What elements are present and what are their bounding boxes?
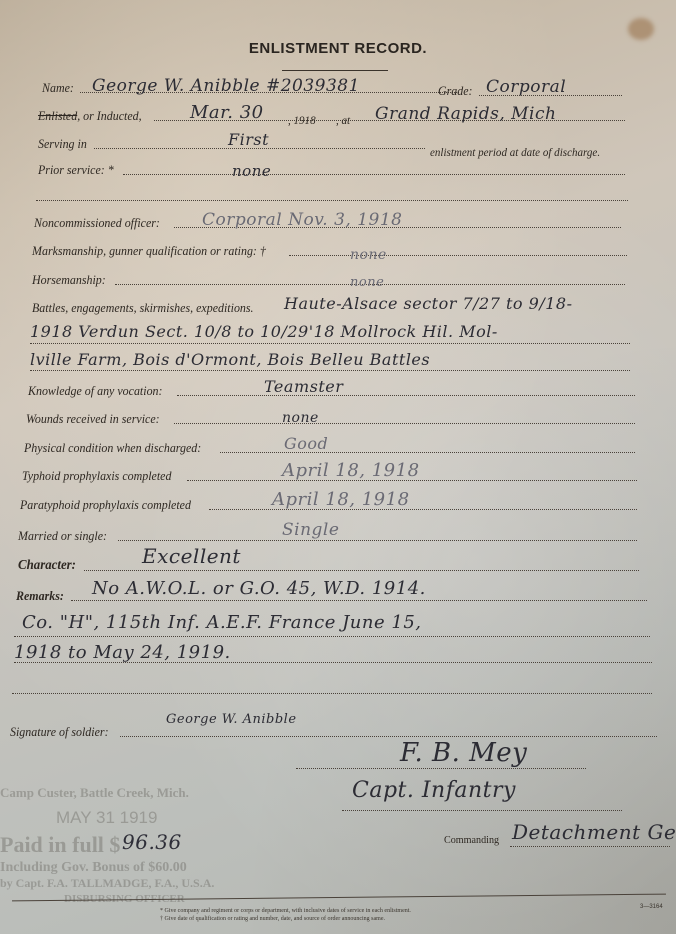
footnote-2: † Give date of qualification or rating a… (160, 916, 385, 922)
prior-service-line-2 (36, 200, 628, 201)
married-label: Married or single: (18, 528, 107, 544)
remarks-label: Remarks: (16, 588, 64, 604)
marksmanship-label: Marksmanship, gunner qualification or ra… (32, 243, 266, 259)
typhoid-label: Typhoid prophylaxis completed (22, 468, 171, 484)
nco-value: Corporal Nov. 3, 1918 (202, 210, 402, 230)
remarks-line-1: No A.W.O.L. or G.O. 45, W.D. 1914. (92, 578, 426, 599)
married-line (118, 540, 637, 541)
battles-rule-3 (30, 370, 630, 371)
document-title: ENLISTMENT RECORD. (0, 40, 676, 57)
stamp-date: MAY 31 1919 (56, 808, 157, 828)
wounds-line (174, 423, 635, 424)
soldier-signature: George W. Anibble (166, 712, 297, 727)
form-number: 3—3164 (640, 904, 663, 910)
prior-service-label: Prior service: * (38, 162, 114, 178)
character-row: Character: (18, 558, 642, 574)
married-value: Single (282, 520, 339, 540)
name-value: George W. Anibble #2039381 (92, 76, 360, 96)
battles-line-3: lville Farm, Bois d'Ormont, Bois Belleu … (30, 350, 430, 369)
horsemanship-label: Horsemanship: (32, 272, 106, 288)
officer-rank-line (342, 810, 622, 811)
commanding-value: Detachment Gen (512, 820, 676, 844)
stamp-paid: Paid in full $ (0, 832, 120, 858)
battles-label: Battles, engagements, skirmishes, expedi… (32, 300, 254, 316)
remarks-line-3: 1918 to May 24, 1919. (14, 642, 231, 663)
stamp-line-5: by Capt. F.A. TALLMADGE, F.A., U.S.A. (0, 876, 214, 891)
prior-service-value: none (232, 162, 271, 180)
physical-row: Physical condition when discharged: (24, 440, 638, 456)
enlistment-record-document: ENLISTMENT RECORD. Name: George W. Anibb… (0, 0, 676, 934)
induction-year: , 1918 (288, 113, 316, 128)
title-underline (282, 70, 388, 71)
commanding-label: Commanding (444, 834, 499, 846)
vocation-value: Teamster (264, 377, 343, 396)
marksmanship-row: Marksmanship, gunner qualification or ra… (32, 243, 630, 259)
battles-rule-2 (30, 343, 630, 344)
inducted-label: , or Inducted, (77, 108, 141, 123)
paratyphoid-value: April 18, 1918 (272, 489, 410, 510)
name-label: Name: (42, 80, 74, 96)
officer-rank: Capt. Infantry (352, 778, 516, 803)
typhoid-value: April 18, 1918 (282, 460, 420, 481)
remarks-line-2: Co. "H", 115th Inf. A.E.F. France June 1… (22, 612, 422, 633)
signature-line (120, 736, 657, 737)
character-line (84, 570, 639, 571)
serving-label: Serving in (38, 136, 87, 152)
officer-signature-line (296, 768, 586, 769)
marksmanship-value: none (350, 247, 387, 263)
remarks-line (71, 600, 647, 601)
prior-service-line (123, 174, 625, 175)
horsemanship-row: Horsemanship: (32, 272, 628, 288)
stamp-line-1: Camp Custer, Battle Creek, Mich. (0, 785, 189, 801)
horsemanship-value: none (350, 275, 384, 290)
remarks-rule-4 (12, 693, 652, 694)
physical-label: Physical condition when discharged: (24, 440, 201, 456)
character-label: Character: (18, 558, 76, 574)
footnote-1: * Give company and regiment or corps or … (160, 908, 411, 914)
battles-row: Battles, engagements, skirmishes, expedi… (32, 300, 282, 316)
wounds-row: Wounds received in service: (26, 411, 638, 427)
physical-value: Good (284, 434, 328, 453)
wounds-value: none (282, 410, 319, 426)
grade-label: Grade: (438, 83, 473, 99)
induction-date-value: Mar. 30 (190, 102, 264, 123)
prior-service-row: Prior service: * (38, 162, 628, 178)
remarks-rule-2 (14, 636, 650, 637)
vocation-line (177, 395, 635, 396)
at-label: , at (336, 113, 350, 128)
induction-place-value: Grand Rapids, Mich (375, 104, 556, 124)
paid-amount: 96.36 (122, 830, 182, 854)
nco-label: Noncommissioned officer: (34, 215, 160, 231)
stamp-line-4: Including Gov. Bonus of $60.00 (0, 860, 187, 876)
grade-value: Corporal (486, 77, 566, 97)
signature-label: Signature of soldier: (10, 724, 109, 740)
battles-line-2: 1918 Verdun Sect. 10/8 to 10/29'18 Mollr… (30, 322, 498, 341)
battles-line-1: Haute-Alsace sector 7/27 to 9/18- (284, 294, 572, 313)
officer-signature: F. B. Mey (400, 738, 527, 768)
physical-line (220, 452, 635, 453)
paper-stain (628, 18, 654, 40)
signature-row: Signature of soldier: (10, 724, 660, 740)
serving-value: First (228, 130, 269, 149)
character-value: Excellent (142, 544, 241, 568)
enlisted-label: Enlisted, or Inducted, (38, 108, 142, 124)
marksmanship-line (289, 255, 627, 256)
wounds-label: Wounds received in service: (26, 411, 160, 427)
paratyphoid-label: Paratyphoid prophylaxis completed (20, 497, 191, 513)
commanding-line (510, 846, 670, 847)
enlisted-struck-label: Enlisted (38, 108, 77, 123)
vocation-label: Knowledge of any vocation: (28, 383, 163, 399)
serving-suffix: enlistment period at date of discharge. (430, 145, 600, 160)
